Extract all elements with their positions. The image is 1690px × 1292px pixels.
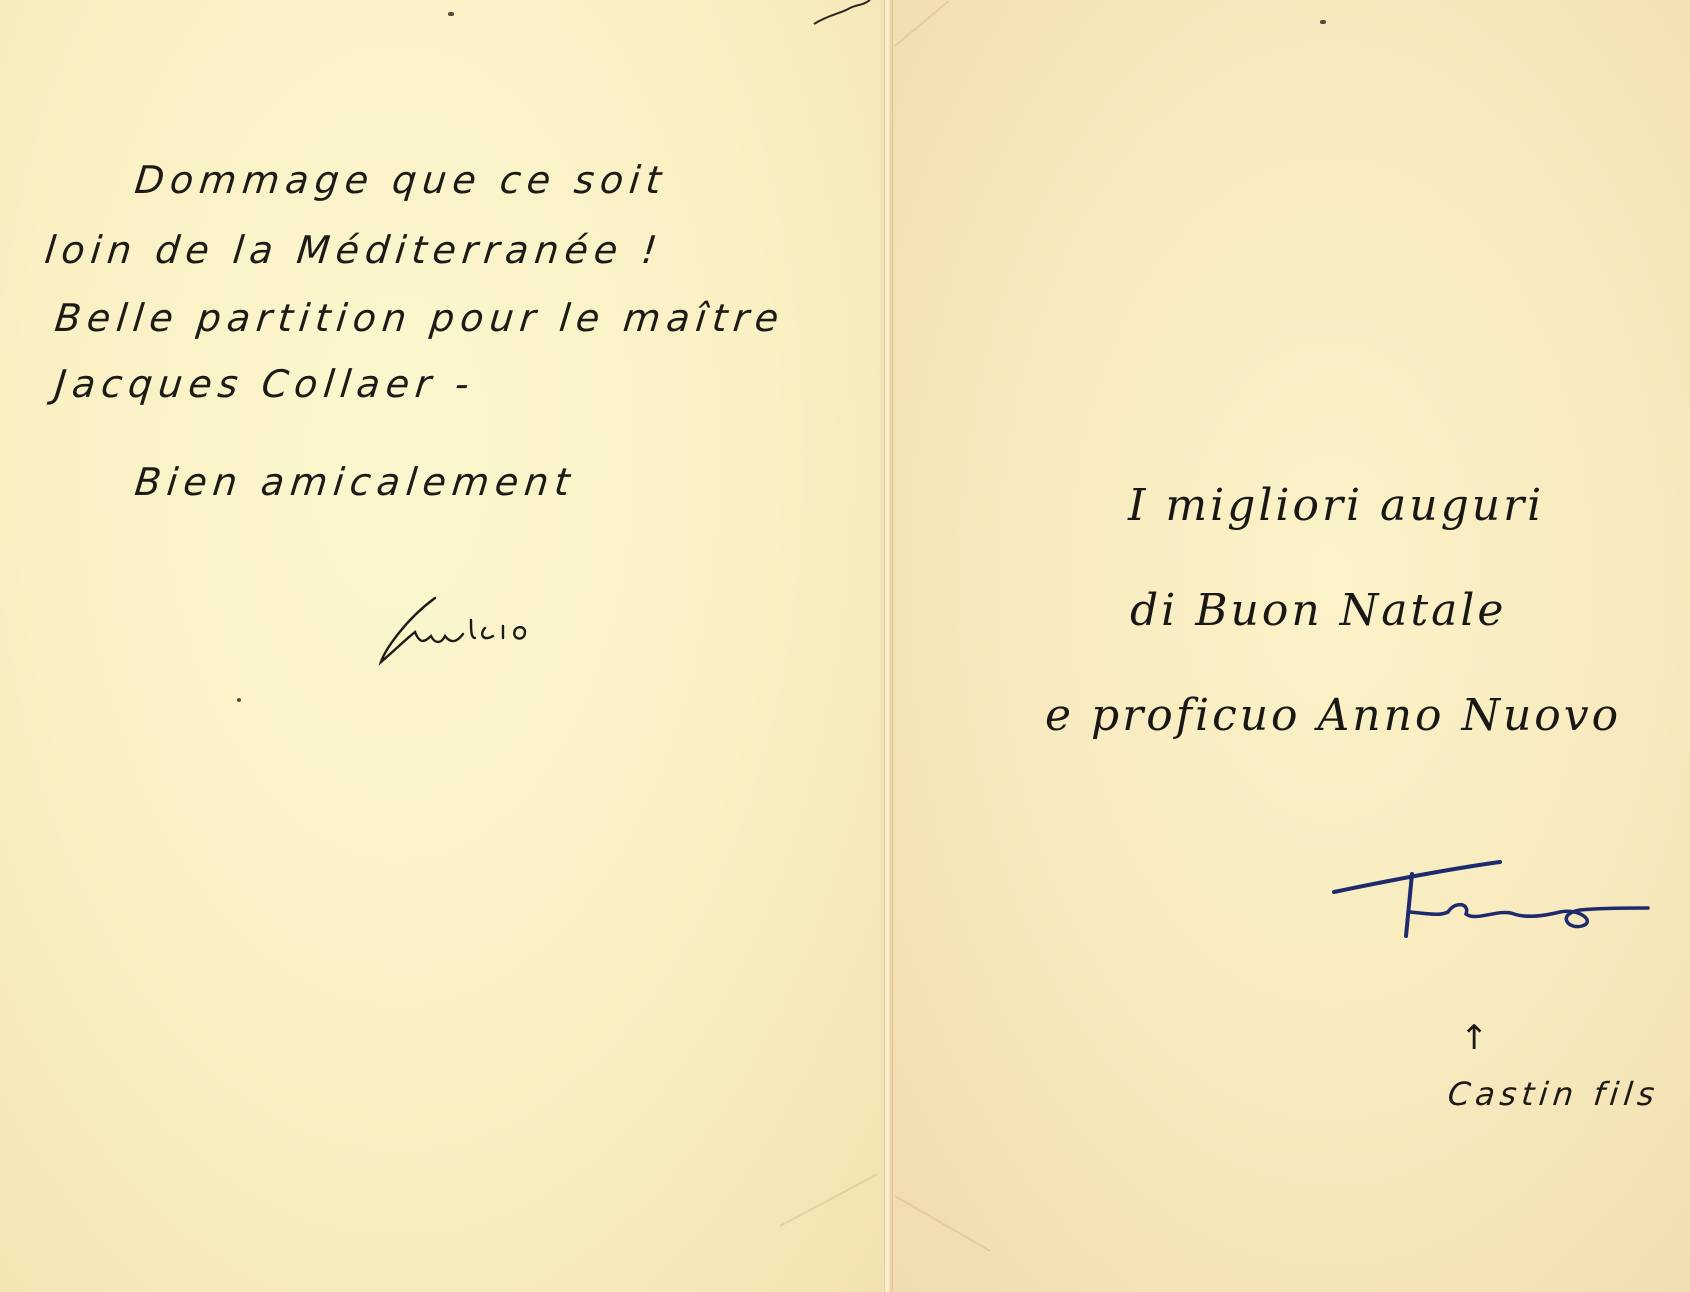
- greeting-line-1: I migliori auguri: [1128, 480, 1544, 531]
- fold-line: [884, 0, 885, 1292]
- message-line-1: Dommage que ce soit: [133, 158, 670, 202]
- greeting-line-2: di Buon Natale: [1130, 585, 1506, 636]
- closing-text: Bien amicalement: [133, 460, 578, 504]
- message-line-3: Belle partition pour le maître: [53, 296, 787, 340]
- paper-speck: [448, 12, 454, 16]
- annotation-text: Castin fils: [1446, 1075, 1661, 1113]
- paper-speck: [1320, 20, 1326, 24]
- paper-speck: [237, 698, 241, 702]
- signature-claudio: Claudio: [375, 590, 655, 674]
- pen-stroke-mark: [810, 0, 890, 30]
- signature-tomo: Tomo: [1330, 852, 1670, 946]
- message-line-4: Jacques Collaer -: [53, 362, 477, 406]
- up-arrow-icon: ↑: [1460, 1018, 1489, 1058]
- fold-line: [892, 0, 893, 1292]
- message-line-2: loin de la Méditerranée !: [43, 228, 665, 272]
- greeting-line-3: e proficuo Anno Nuovo: [1045, 690, 1621, 741]
- greeting-card: Dommage que ce soit loin de la Méditerra…: [0, 0, 1690, 1292]
